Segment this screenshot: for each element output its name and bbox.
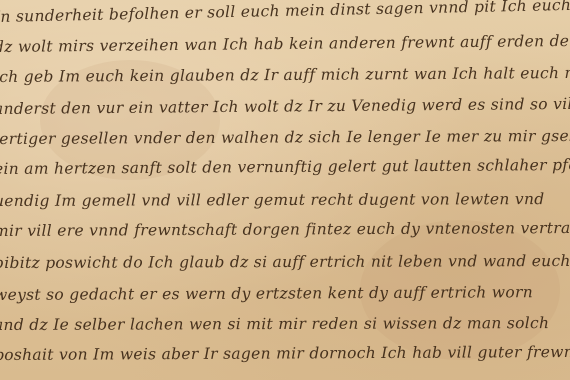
manuscript-page: In sunderheit befolhen er soll euch mein… — [0, 0, 570, 380]
manuscript-line-11: and dz Ie selber lachen wen si mit mir r… — [0, 314, 549, 334]
manuscript-line-10: weyst so gedacht er es wern dy ertzsten … — [0, 283, 533, 304]
manuscript-line-9: bibitz poswicht do Ich glaub dz si auff … — [0, 252, 570, 272]
manuscript-line-12: poshait von Im weis aber Ir sagen mir do… — [0, 343, 570, 364]
manuscript-line-6: ein am hertzen sanft solt den vernunftig… — [0, 155, 570, 178]
manuscript-line-4: anderst den vur ein vatter Ich wolt dz I… — [0, 95, 570, 118]
manuscript-line-7: uendig Im gemell vnd vill edler gemut re… — [0, 190, 544, 210]
manuscript-line-5: lertiger gesellen vnder den walhen dz si… — [0, 127, 570, 148]
manuscript-line-1: In sunderheit befolhen er soll euch mein… — [0, 0, 570, 26]
manuscript-line-2: dz wolt mirs verzeihen wan Ich hab kein … — [0, 31, 570, 56]
manuscript-line-8: mir vill ere vnnd frewntschaft dorgen fi… — [0, 219, 570, 240]
manuscript-line-3: ich geb Im euch kein glauben dz Ir auff … — [0, 64, 570, 86]
